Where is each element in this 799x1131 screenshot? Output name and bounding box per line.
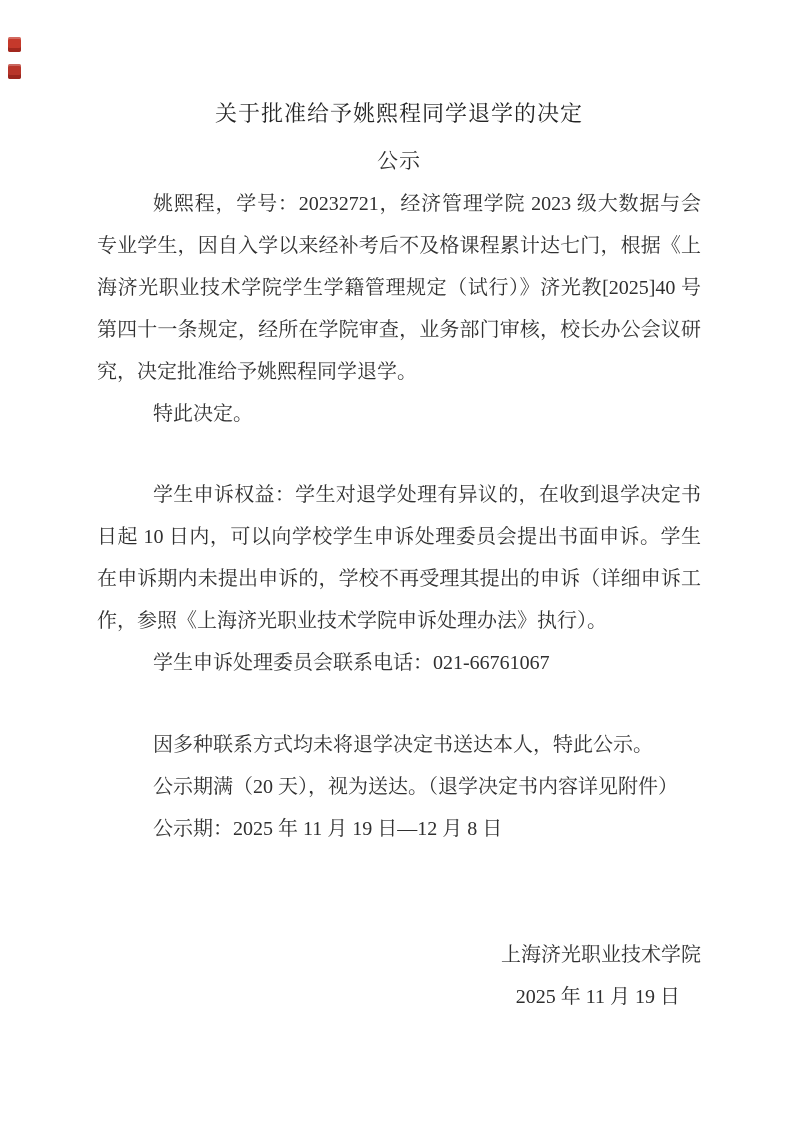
signature-date: 2025 年 11 月 19 日 <box>97 976 701 1018</box>
appeal-phone-line: 学生申诉处理委员会联系电话：021-66761067 <box>97 642 701 684</box>
body-line: 海济光职业技术学院学生学籍管理规定（试行）》济光教[2025]40 号 <box>97 267 701 309</box>
signature-org: 上海济光职业技术学院 <box>97 934 701 976</box>
body-line: 学生申诉权益：学生对退学处理有异议的，在收到退学决定书之 <box>97 474 701 516</box>
body-line: 公示期满（20 天），视为送达。（退学决定书内容详见附件） <box>97 766 701 808</box>
body-line: 在申诉期内未提出申诉的，学校不再受理其提出的申诉（详细申诉工 <box>97 558 701 600</box>
body-line: 日起 10 日内，可以向学校学生申诉处理委员会提出书面申诉。学生 <box>97 516 701 558</box>
body-line: 特此决定。 <box>97 393 701 435</box>
body-line: 姚熙程，学号：20232721，经济管理学院 2023 级大数据与会计 <box>97 183 701 225</box>
publicity-period-line: 公示期：2025 年 11 月 19 日—12 月 8 日 <box>97 808 701 850</box>
body-line: 究，决定批准给予姚熙程同学退学。 <box>97 351 701 393</box>
document-title: 关于批准给予姚熙程同学退学的决定 <box>97 92 701 136</box>
document-content: 关于批准给予姚熙程同学退学的决定 公示 姚熙程，学号：20232721，经济管理… <box>97 0 701 1018</box>
body-line: 因多种联系方式均未将退学决定书送达本人，特此公示。 <box>97 724 701 766</box>
red-mark-icon <box>8 37 21 52</box>
document-subtitle: 公示 <box>97 139 701 183</box>
body-line: 专业学生，因自入学以来经补考后不及格课程累计达七门，根据《上 <box>97 225 701 267</box>
document-page: 关于批准给予姚熙程同学退学的决定 公示 姚熙程，学号：20232721，经济管理… <box>0 0 799 1131</box>
body-line: 作，参照《上海济光职业技术学院申诉处理办法》执行）。 <box>97 600 701 642</box>
red-mark-icon <box>8 64 21 79</box>
body-line: 第四十一条规定，经所在学院审查，业务部门审核，校长办公会议研 <box>97 309 701 351</box>
